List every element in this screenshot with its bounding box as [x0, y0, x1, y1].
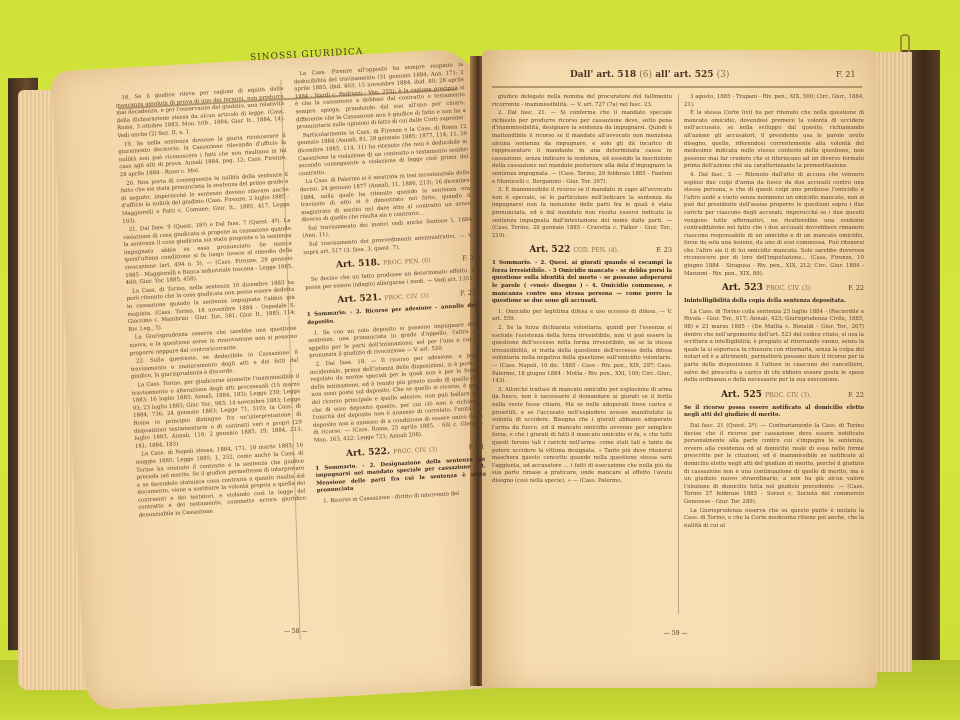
- right-column-1: giudice delegato nella nomina del procur…: [492, 94, 672, 634]
- text-paragraph: La Cass. di Torino colla sentenza 25 lug…: [684, 309, 864, 385]
- article-label: Art. 522.: [346, 446, 394, 459]
- text-paragraph: 3. È inammissibile il ricorso se il mand…: [492, 187, 672, 240]
- article-source: PROC. CIV. (3): [384, 293, 429, 302]
- right-head-rule: [492, 86, 862, 88]
- summary-paragraph: 1 Sommario. - 2. Quesi. ai giurati quand…: [492, 260, 672, 306]
- right-running-head: Dall' art. 518 (6) all' art. 525 (3): [570, 70, 729, 80]
- text-paragraph: 20. Non porta di conseguenza la nullità …: [120, 171, 290, 226]
- text-paragraph: 2. Se la forza dichiarata volontaria, qu…: [492, 325, 672, 386]
- right-column-divider: [678, 94, 679, 614]
- article-heading: F. 22Art. 525 PROC. CIV. (3).: [684, 389, 864, 402]
- text-paragraph: La Cass. di Torino, nella sentenza 10 di…: [126, 280, 296, 335]
- text-paragraph: 1. Omicidio per legittima difesa e uso e…: [492, 309, 672, 324]
- article-source: PROC. CIV. (3): [766, 285, 810, 292]
- bookmark-ribbon-icon: [900, 34, 910, 54]
- text-paragraph: 3. Allorché trattasi di mancato omicidio…: [492, 387, 672, 486]
- text-paragraph: 2. Dal fase. 18. — Il ricorso per adesio…: [310, 353, 484, 446]
- rh-n2: (3): [717, 70, 730, 80]
- text-paragraph: 18. Se il giudice rileva per ragioni di …: [115, 86, 285, 141]
- article-label: Art. 521.: [337, 293, 385, 306]
- right-head-folio: F. 21: [836, 70, 856, 79]
- article-label: Art. 525: [721, 390, 765, 400]
- article-folio: F. 22: [848, 282, 864, 294]
- article-source: PROC. CIV. (3): [393, 446, 438, 455]
- article-folio: F. 22: [460, 287, 477, 300]
- rh-prefix: Dall' art. 518: [570, 70, 636, 80]
- article-folio: F. 3: [462, 252, 474, 265]
- article-folio: F. 23: [656, 244, 672, 256]
- text-paragraph: 4. Dal fasc. 3. — Ritenuto dall'atto di …: [684, 172, 864, 278]
- article-source: COD. PEN. (4).: [573, 247, 618, 254]
- text-paragraph: Dal fasc. 21 (Quest. 2ª). — Contrariamen…: [684, 423, 864, 507]
- text-paragraph: giudice delegato nella nomina del procur…: [492, 94, 672, 109]
- article-folio: F. 21: [468, 440, 485, 453]
- article-label: Art. 522: [529, 245, 573, 255]
- text-paragraph: 3 agosto, 1885 - Trapani - Riv. pen., XI…: [684, 94, 864, 109]
- summary-paragraph: Inintelligibilità della copia della sent…: [684, 298, 864, 306]
- article-label: Art. 523: [722, 283, 766, 293]
- left-page-number: — 58 —: [284, 628, 307, 635]
- article-folio: F. 22: [848, 389, 864, 401]
- summary-paragraph: Se il ricorso possa essere notificato al…: [684, 405, 864, 420]
- article-label: Art. 518.: [336, 258, 384, 271]
- text-paragraph: La Cass. di Napoli stessa, 1884, 171, 18…: [135, 443, 307, 521]
- article-source: PROC. CIV. (3).: [765, 392, 811, 399]
- text-paragraph: 21. Dal fase. 9 (Quest. 18ª) e Dal fase.…: [123, 218, 294, 288]
- text-paragraph: La Cass. Firenze all'opposto ha sempre r…: [293, 62, 466, 132]
- right-column-2: 3 agosto, 1885 - Trapani - Riv. pen., XI…: [684, 94, 864, 634]
- article-heading: F. 23Art. 522 COD. PEN. (4).: [492, 244, 672, 257]
- text-paragraph: La Cass. Torino, per giudicarne ammette …: [131, 374, 303, 452]
- rh-n1: (6): [639, 70, 652, 80]
- right-page-number: — 59 —: [664, 630, 687, 637]
- left-column-2: La Cass. Firenze all'opposto ha sempre r…: [293, 62, 495, 646]
- text-paragraph: 2. Dal fasc. 21. — Si conferma che il ma…: [492, 110, 672, 186]
- article-source: PROC. PEN. (6): [383, 257, 431, 267]
- text-paragraph: È la stessa Corte (ivi) ha per ritenuto …: [684, 110, 864, 171]
- article-heading: F. 22Art. 523 PROC. CIV. (3): [684, 282, 864, 295]
- text-paragraph: La Giurisprudenza osserva che su questo …: [684, 508, 864, 531]
- rh-mid: all' art. 525: [655, 70, 713, 80]
- text-paragraph: La Cass. di Palermo si è mostrata in tes…: [299, 170, 471, 225]
